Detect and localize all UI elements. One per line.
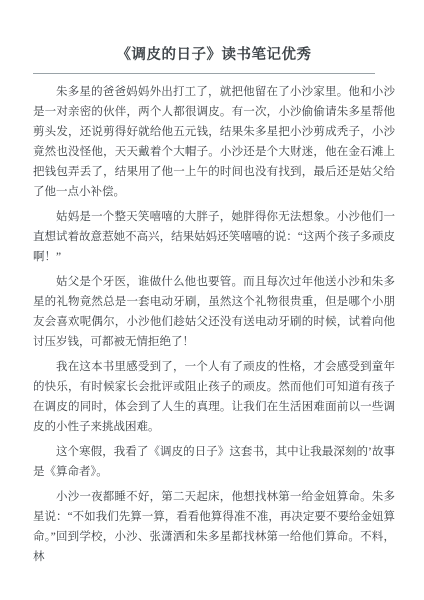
body-paragraph: 小沙一夜都睡不好，第二天起床，他想找林第一给金妞算命。朱多星说：“不如我们先算一…: [33, 487, 395, 567]
body-paragraph: 朱多星的爸爸妈妈外出打工了，就把他留在了小沙家里。他和小沙是一对亲密的伙伴，两个…: [33, 82, 395, 202]
body-paragraph: 姑妈是一个整天笑嘻嘻的大胖子，她胖得你无法想象。小沙他们一直想试着故意惹她不高兴…: [33, 207, 395, 267]
document-body: 朱多星的爸爸妈妈外出打工了，就把他留在了小沙家里。他和小沙是一对亲密的伙伴，两个…: [33, 82, 395, 567]
title-divider: [33, 73, 375, 74]
body-paragraph: 这个寒假，我看了《调皮的日子》这套书，其中让我最深刻的’故事是《算命者》。: [33, 442, 395, 482]
body-paragraph: 我在这本书里感受到了，一个人有了顽皮的性格，才会感受到童年的快乐，有时候家长会批…: [33, 357, 395, 437]
document-page: 《调皮的日子》读书笔记优秀 朱多星的爸爸妈妈外出打工了，就把他留在了小沙家里。他…: [0, 0, 424, 600]
body-paragraph: 姑父是个牙医，谁做什么他也要管。而且每次过年他送小沙和朱多星的礼物竟然总是一套电…: [33, 272, 395, 352]
document-title: 《调皮的日子》读书笔记优秀: [33, 46, 395, 65]
